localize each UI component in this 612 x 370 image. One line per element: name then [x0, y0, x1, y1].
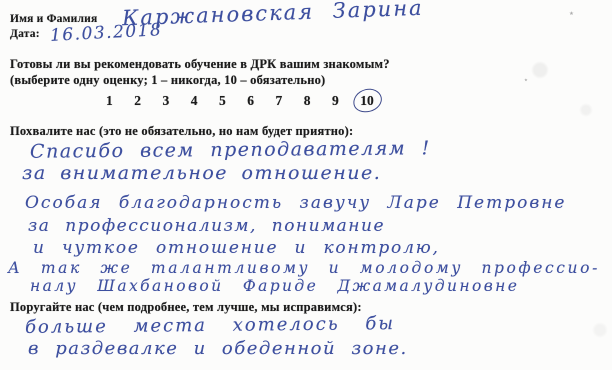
recommendation-question: Готовы ли вы рекомендовать обучение в ДР… [10, 57, 440, 88]
rating-option-7: 7 [276, 93, 283, 109]
praise-handwritten-line: за внимательное отношение. [22, 162, 381, 184]
praise-handwritten-line: Спасибо всем преподавателям ! [30, 137, 431, 162]
rating-option-2: 2 [134, 93, 141, 109]
praise-handwritten-line: Особая благодарность завучу Ларе Петровн… [25, 193, 567, 213]
rating-option-10-selected: 10 [360, 93, 374, 109]
rating-option-5: 5 [219, 93, 226, 109]
critique-handwritten-line: больше места хотелось бы [25, 313, 395, 338]
date-label: Дата: [10, 28, 40, 40]
praise-handwritten-line: и чуткое отношение и контролю, [33, 238, 440, 258]
rating-scale: 1 2 3 4 5 6 7 8 9 10 [106, 93, 374, 109]
praise-handwritten-line: А так же талантливому и молодому професс… [8, 259, 600, 277]
question-hint: (выберите одну оценку; 1 – никогда, 10 –… [10, 73, 440, 89]
rating-option-1: 1 [106, 93, 113, 109]
rating-option-10: 10 [360, 93, 374, 108]
scan-speck: ٭ [569, 8, 574, 19]
rating-option-6: 6 [247, 93, 254, 109]
question-text: Готовы ли вы рекомендовать обучение в ДР… [10, 57, 440, 73]
rating-option-8: 8 [304, 93, 311, 109]
scan-speck: ٭ [524, 76, 528, 84]
scanned-feedback-form: { "form": { "name_label": "Имя и Фамилия… [0, 0, 612, 370]
rating-option-9: 9 [332, 93, 339, 109]
critique-section-label: Поругайте нас (чем подробнее, тем лучше,… [10, 300, 362, 315]
praise-section-label: Похвалите нас (это не обязательно, но на… [10, 124, 353, 139]
rating-option-4: 4 [191, 93, 198, 109]
rating-option-3: 3 [163, 93, 170, 109]
praise-handwritten-line: налу Шахбановой Фариде Джамалудиновне [30, 277, 519, 295]
name-handwritten-value: Каржановская Зарина [122, 0, 424, 30]
praise-handwritten-line: за профессионализм, понимание [28, 216, 385, 236]
critique-handwritten-line: в раздевалке и обеденной зоне. [28, 338, 408, 359]
